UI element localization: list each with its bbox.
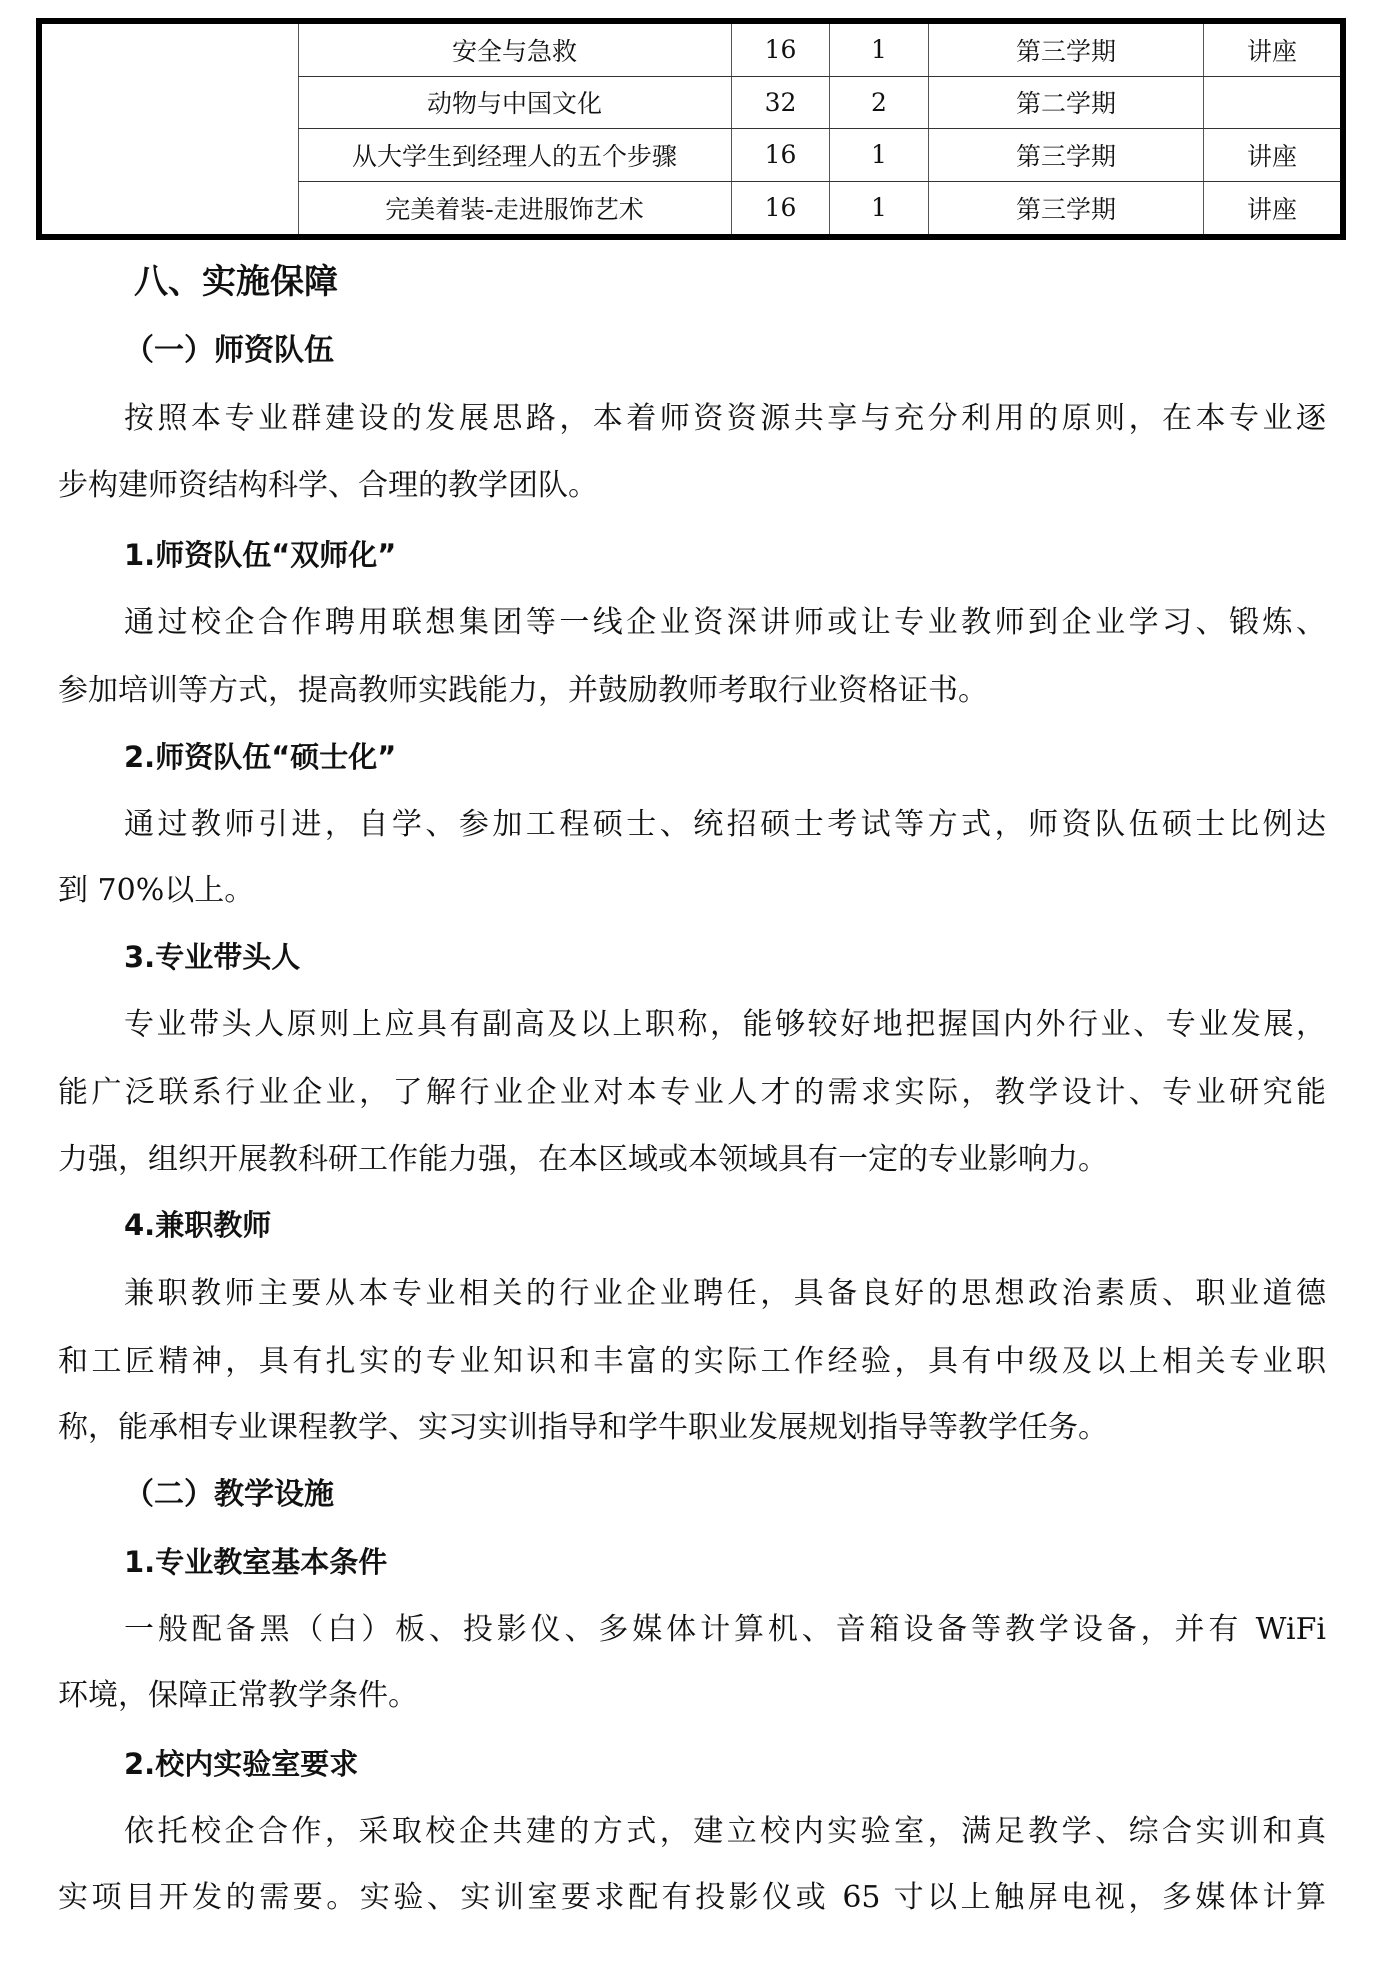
paragraph-line: 步构建师资结构科学、合理的教学团队。 (58, 466, 598, 506)
paragraph-line: 和工匠精神，具有扎实的专业知识和丰富的实际工作经验，具有中级及以上相关专业职 (58, 1342, 1326, 1382)
course-name: 完美着装-走进服饰艺术 (298, 182, 732, 235)
hours: 32 (732, 77, 830, 129)
item-title: 1.专业教室基本条件 (124, 1542, 387, 1582)
item-title: 2.师资队伍“硕士化” (124, 737, 396, 777)
table-row: 安全与急救 16 1 第三学期 讲座 (298, 24, 1340, 77)
paragraph-line: 环境，保障正常教学条件。 (58, 1676, 418, 1716)
note: 讲座 (1204, 129, 1340, 181)
term: 第三学期 (929, 182, 1204, 235)
paragraph-line: 力强，组织开展教科研工作能力强，在本区域或本领域具有一定的专业影响力。 (58, 1140, 1108, 1180)
note (1204, 77, 1340, 129)
hours: 16 (732, 182, 830, 235)
hours: 16 (732, 129, 830, 181)
course-name: 动物与中国文化 (298, 77, 732, 129)
term: 第三学期 (929, 129, 1204, 181)
course-name: 从大学生到经理人的五个步骤 (298, 129, 732, 181)
credits: 1 (830, 129, 929, 181)
note: 讲座 (1204, 24, 1340, 76)
category-cell (42, 24, 299, 234)
paragraph-line: 到 70%以上。 (58, 871, 254, 911)
paragraph-line: 参加培训等方式，提高教师实践能力，并鼓励教师考取行业资格证书。 (58, 671, 988, 711)
table-row: 动物与中国文化 32 2 第二学期 (298, 77, 1340, 130)
credits: 1 (830, 182, 929, 235)
course-table: 安全与急救 16 1 第三学期 讲座 动物与中国文化 32 2 第二学期 从大学… (36, 18, 1346, 240)
subsection-title-faculty: （一）师资队伍 (124, 331, 334, 371)
course-name: 安全与急救 (298, 24, 732, 76)
paragraph-line: 一般配备黑（白）板、投影仪、多媒体计算机、音箱设备等教学设备，并有 WiFi (124, 1610, 1326, 1650)
table-row: 从大学生到经理人的五个步骤 16 1 第三学期 讲座 (298, 129, 1340, 182)
paragraph-line: 称，能承相专业课程教学、实习实训指导和学牛职业发展规划指导等教学任务。 (58, 1408, 1108, 1448)
term: 第三学期 (929, 24, 1204, 76)
paragraph-line: 兼职教师主要从本专业相关的行业企业聘任，具备良好的思想政治素质、职业道德 (124, 1274, 1326, 1314)
term: 第二学期 (929, 77, 1204, 129)
item-title: 1.师资队伍“双师化” (124, 535, 396, 575)
paragraph-line: 通过校企合作聘用联想集团等一线企业资深讲师或让专业教师到企业学习、锻炼、 (124, 603, 1326, 643)
credits: 1 (830, 24, 929, 76)
paragraph-line: 能广泛联系行业企业，了解行业企业对本专业人才的需求实际，教学设计、专业研究能 (58, 1073, 1326, 1113)
section-title: 八、实施保障 (134, 262, 338, 302)
item-title: 3.专业带头人 (124, 937, 300, 977)
item-title: 2.校内实验室要求 (124, 1744, 358, 1784)
paragraph-line: 专业带头人原则上应具有副高及以上职称，能够较好地把握国内外行业、专业发展， (124, 1005, 1326, 1045)
paragraph-line: 通过教师引进，自学、参加工程硕士、统招硕士考试等方式，师资队伍硕士比例达 (124, 805, 1326, 845)
paragraph-line: 按照本专业群建设的发展思路，本着师资资源共享与充分利用的原则，在本专业逐 (124, 399, 1326, 439)
paragraph-line: 依托校企合作，采取校企共建的方式，建立校内实验室，满足教学、综合实训和真 (124, 1812, 1326, 1852)
table-row: 完美着装-走进服饰艺术 16 1 第三学期 讲座 (298, 182, 1340, 235)
item-title: 4.兼职教师 (124, 1205, 271, 1245)
paragraph-line: 实项目开发的需要。实验、实训室要求配有投影仪或 65 寸以上触屏电视，多媒体计算 (58, 1878, 1326, 1918)
note: 讲座 (1204, 182, 1340, 235)
hours: 16 (732, 24, 830, 76)
subsection-title-facilities: （二）教学设施 (124, 1475, 334, 1515)
credits: 2 (830, 77, 929, 129)
